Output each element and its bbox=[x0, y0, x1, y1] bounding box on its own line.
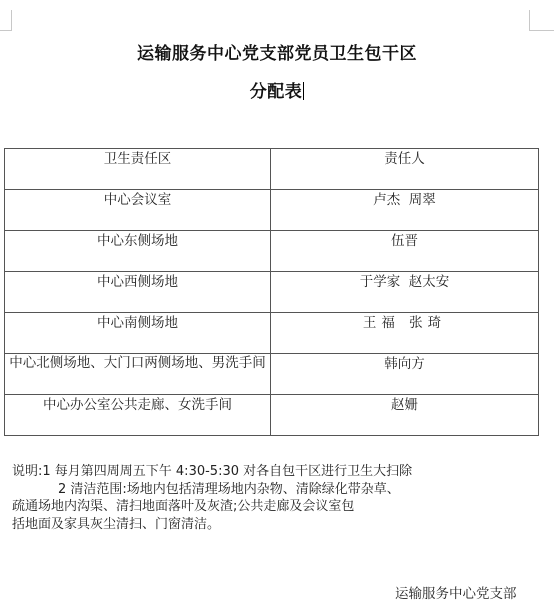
table-header-row: 卫生责任区 责任人 bbox=[5, 149, 539, 190]
cell-area: 中心南侧场地 bbox=[5, 313, 271, 354]
cell-person: 伍晋 bbox=[271, 231, 539, 272]
cell-person: 韩向方 bbox=[271, 354, 539, 395]
page-margin-corner-top-right bbox=[529, 10, 554, 31]
note-line-4: 括地面及家具灰尘清扫、门窗清洁。 bbox=[12, 516, 532, 534]
cell-area: 中心东侧场地 bbox=[5, 231, 271, 272]
note-line-1: 说明:1 每月第四周周五下午 4:30-5:30 对各自包干区进行卫生大扫除 bbox=[12, 463, 532, 481]
allocation-table: 卫生责任区 责任人 中心会议室 卢杰 周翠 中心东侧场地 伍晋 中心西侧场地 于… bbox=[4, 148, 539, 436]
header-person: 责任人 bbox=[271, 149, 539, 190]
table-row: 中心会议室 卢杰 周翠 bbox=[5, 190, 539, 231]
document-subtitle[interactable]: 分配表 bbox=[0, 77, 554, 102]
cell-area: 中心西侧场地 bbox=[5, 272, 271, 313]
table-row: 中心西侧场地 于学家 赵太安 bbox=[5, 272, 539, 313]
cell-area: 中心北侧场地、大门口两侧场地、男洗手间 bbox=[5, 354, 271, 395]
cell-person: 赵姗 bbox=[271, 395, 539, 436]
signature: 运输服务中心党支部 bbox=[395, 582, 517, 602]
header-area: 卫生责任区 bbox=[5, 149, 271, 190]
document-title: 运输服务中心党支部党员卫生包干区 bbox=[0, 39, 554, 64]
cell-area: 中心办公室公共走廊、女洗手间 bbox=[5, 395, 271, 436]
table-row: 中心东侧场地 伍晋 bbox=[5, 231, 539, 272]
cell-person: 卢杰 周翠 bbox=[271, 190, 539, 231]
cell-person: 王福 张琦 bbox=[271, 313, 539, 354]
cell-person: 于学家 赵太安 bbox=[271, 272, 539, 313]
table-row: 中心办公室公共走廊、女洗手间 赵姗 bbox=[5, 395, 539, 436]
table-row: 中心北侧场地、大门口两侧场地、男洗手间 韩向方 bbox=[5, 354, 539, 395]
notes-section: 说明:1 每月第四周周五下午 4:30-5:30 对各自包干区进行卫生大扫除 2… bbox=[12, 463, 532, 533]
note-line-2: 2 清洁范围:场地内包括清理场地内杂物、清除绿化带杂草、 bbox=[12, 481, 532, 499]
title-line-1: 运输服务中心党支部党员卫生包干区 bbox=[137, 44, 417, 64]
note-line-3: 疏通场地内沟渠、清扫地面落叶及灰渣;公共走廊及会议室包 bbox=[12, 498, 532, 516]
table-row: 中心南侧场地 王福 张琦 bbox=[5, 313, 539, 354]
cell-area: 中心会议室 bbox=[5, 190, 271, 231]
page-margin-corner-top-left bbox=[0, 10, 12, 31]
text-cursor bbox=[303, 82, 304, 100]
title-line-2: 分配表 bbox=[250, 82, 303, 102]
